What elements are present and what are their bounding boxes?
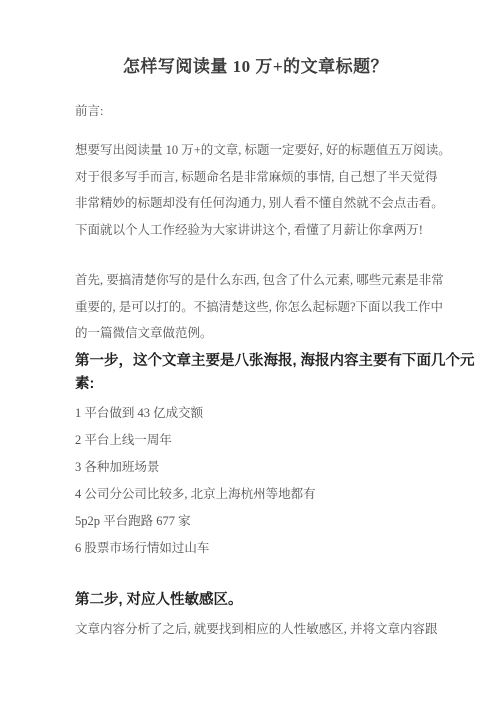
text-line: 文章内容分析了之后, 就要找到相应的人性敏感区, 并将文章内容跟 <box>75 616 436 643</box>
document-content: 怎样写阅读量 10 万+的文章标题？ 前言: 想要写出阅读量 10 万+的文章,… <box>0 0 500 642</box>
heading-line: 第二步, 对应人性敏感区。 <box>75 588 436 612</box>
poster-elements-list: 1 平台做到 43 亿成交额 2 平台上线一周年 3 各种加班场景 4 公司分公… <box>75 400 436 562</box>
text-line: 首先, 要搞清楚你写的是什么东西, 包含了什么元素, 哪些元素是非常 <box>75 267 436 294</box>
text-line: 下面就以个人工作经验为大家讲讲这个, 看懂了月薪让你拿两万! <box>75 217 436 244</box>
list-item: 2 平台上线一周年 <box>75 427 436 454</box>
list-item: 1 平台做到 43 亿成交额 <box>75 400 436 427</box>
step2-heading: 第二步, 对应人性敏感区。 <box>75 588 436 612</box>
text-line: 想要写出阅读量 10 万+的文章, 标题一定要好, 好的标题值五万阅读。 <box>75 137 436 164</box>
list-item: 4 公司分公司比较多, 北京上海杭州等地都有 <box>75 481 436 508</box>
analysis-paragraph: 首先, 要搞清楚你写的是什么东西, 包含了什么元素, 哪些元素是非常 重要的, … <box>75 267 436 347</box>
final-paragraph: 文章内容分析了之后, 就要找到相应的人性敏感区, 并将文章内容跟 <box>75 616 436 643</box>
text-line: 的一篇微信文章做范例。 <box>75 320 436 347</box>
text-line: 重要的, 是可以打的。不搞清楚这些, 你怎么起标题?下面以我工作中 <box>75 294 436 321</box>
preface-label: 前言: <box>75 98 436 124</box>
intro-paragraph: 想要写出阅读量 10 万+的文章, 标题一定要好, 好的标题值五万阅读。 对于很… <box>75 137 436 243</box>
step1-heading: 第一步，这个文章主要是八张海报, 海报内容主要有下面几个元 素: <box>75 350 436 397</box>
list-item: 5p2p 平台跑路 677 家 <box>75 508 436 535</box>
text-line: 非常精妙的标题却没有任何沟通力, 别人看不懂自然就不会点击看。 <box>75 190 436 217</box>
text-line: 对于很多写手而言, 标题命名是非常麻烦的事情, 自己想了半天觉得 <box>75 164 436 191</box>
heading-line: 素: <box>75 373 436 397</box>
page-title: 怎样写阅读量 10 万+的文章标题？ <box>75 52 436 82</box>
heading-line: 第一步，这个文章主要是八张海报, 海报内容主要有下面几个元 <box>75 350 436 374</box>
list-item: 3 各种加班场景 <box>75 454 436 481</box>
document-page: 怎样写阅读量 10 万+的文章标题？ 前言: 想要写出阅读量 10 万+的文章,… <box>0 0 500 707</box>
list-item: 6 股票市场行情如过山车 <box>75 535 436 562</box>
